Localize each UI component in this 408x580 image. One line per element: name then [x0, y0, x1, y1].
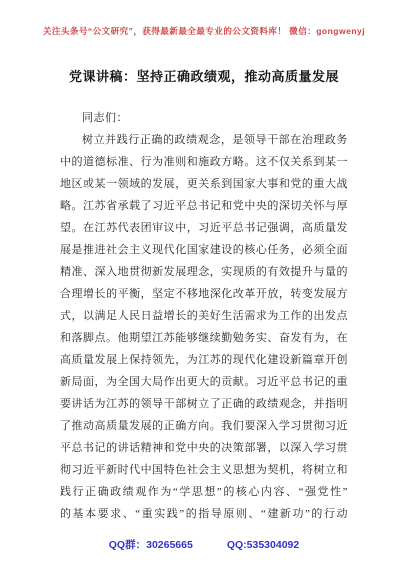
document-page: 关注头条号“公文研究”，获得最新最全最专业的公文资料库！ 微信：gongweny… [0, 0, 408, 580]
body-line: 地区或某一领域的发展，更关系到国家大事和党的重大战 [60, 173, 348, 195]
body-line: 的基本要求、“重实践”的指导原则、“建新功”的行动 [60, 503, 348, 525]
qq-group-number: QQ群：30265665 [109, 538, 193, 552]
body-line: 精准、深入地贯彻新发展理念，实现质的有效提升与量的 [60, 261, 348, 283]
body-line: 践行正确政绩观作为“学思想”的核心内容、“强党性” [60, 481, 348, 503]
body-line: 和落脚点。他期望江苏能够继续勤勉务实、奋发有为，在 [60, 327, 348, 349]
body-line: 中的道德标准、行为准则和施政方略。这不仅关系到某一 [60, 151, 348, 173]
body-line: 式，以满足人民日益增长的美好生活需求为工作的出发点 [60, 305, 348, 327]
body-line: 望。在江苏代表团审议中，习近平总书记强调，高质量发 [60, 217, 348, 239]
body-line: 合理增长的平衡，坚定不移地深化改革开放，转变发展方 [60, 283, 348, 305]
salutation: 同志们： [60, 107, 348, 129]
body-line: 要讲话为江苏的领导干部树立了正确的政绩观念，并指明 [60, 393, 348, 415]
body-line: 了推动高质量发展的正确方向。我们要深入学习贯彻习近 [60, 415, 348, 437]
promo-footer: QQ群：30265665 QQ:535304092 [0, 538, 408, 552]
promo-header-notice: 关注头条号“公文研究”，获得最新最全最专业的公文资料库！ 微信：gongweny… [0, 0, 408, 37]
body-line: 平总书记的讲话精神和党中央的决策部署，以深入学习贯 [60, 437, 348, 459]
body-line: 略。江苏省承载了习近平总书记和党中央的深切关怀与厚 [60, 195, 348, 217]
qq-number: QQ:535304092 [227, 538, 299, 552]
body-line: 彻习近平新时代中国特色社会主义思想为契机，将树立和 [60, 459, 348, 481]
document-title: 党课讲稿：坚持正确政绩观，推动高质量发展 [40, 68, 368, 86]
body-line: 新局面，为全国大局作出更大的贡献。习近平总书记的重 [60, 371, 348, 393]
document-body: 同志们： 树立并践行正确的政绩观念，是领导干部在治理政务 中的道德标准、行为准则… [60, 107, 348, 525]
body-line: 高质量发展上保持领先，为江苏的现代化建设新篇章开创 [60, 349, 348, 371]
body-line: 展是推进社会主义现代化国家建设的核心任务，必须全面 [60, 239, 348, 261]
body-line: 树立并践行正确的政绩观念，是领导干部在治理政务 [60, 129, 348, 151]
